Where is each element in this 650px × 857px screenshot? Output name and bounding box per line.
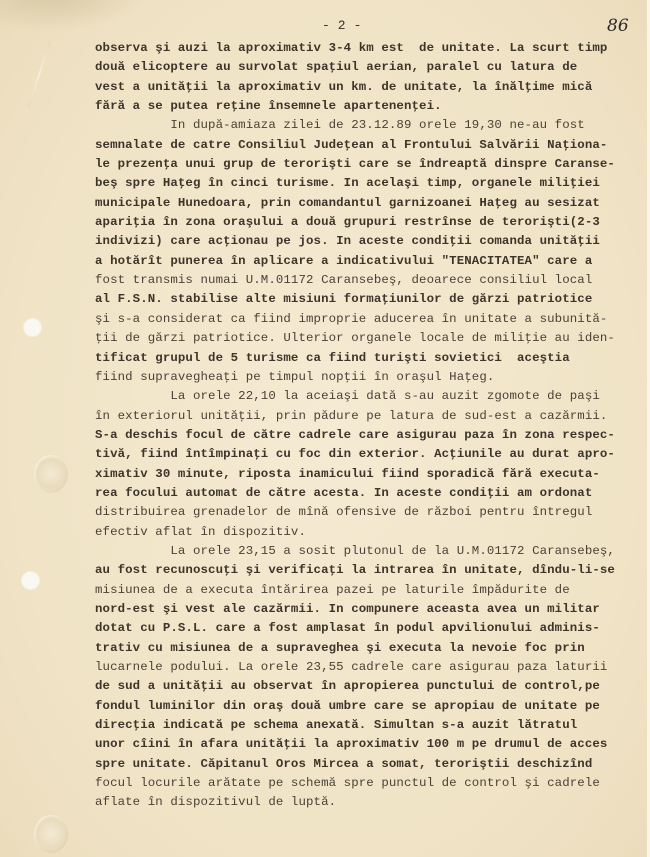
text-line: unor cîini în afara unităţii la aproxima… bbox=[95, 735, 650, 754]
text-line: două elicoptere au survolat spaţiul aeri… bbox=[95, 58, 650, 77]
text-line: lucarnele podului. La orele 23,55 cadrel… bbox=[95, 658, 650, 677]
text-line: distribuirea grenadelor de mînă ofensive… bbox=[95, 503, 650, 522]
text-line: al F.S.N. stabilise alte misiuni formaţi… bbox=[95, 290, 650, 309]
text-line: beş spre Haţeg în cinci turisme. In acel… bbox=[95, 174, 650, 193]
text-line: şi s-a considerat ca fiind improprie adu… bbox=[95, 310, 650, 329]
text-line: apariţia în zona oraşului a două grupuri… bbox=[95, 213, 650, 232]
text-line: au fost recunoscuţi şi verificaţi la int… bbox=[95, 561, 650, 580]
text-line: spre unitate. Căpitanul Oros Mircea a so… bbox=[95, 755, 650, 774]
text-line: aflate în dispozitivul de luptă. bbox=[95, 793, 650, 812]
handwritten-folio-number: 86 bbox=[607, 16, 629, 36]
text-line: a hotărît punerea în aplicare a indicati… bbox=[95, 252, 650, 271]
document-page: - 2 - 86 observa şi auzi la aproximativ … bbox=[0, 0, 650, 857]
text-line: le prezenţa unui grup de terorişti care … bbox=[95, 155, 650, 174]
paper-crease bbox=[27, 41, 51, 108]
punch-hole-bottom bbox=[21, 571, 40, 590]
typewritten-body: observa şi auzi la aproximativ 3-4 km es… bbox=[95, 39, 650, 813]
text-line: de sud a unităţii au observat în apropie… bbox=[95, 677, 650, 696]
text-line: La orele 23,15 a sosit plutonul de la U.… bbox=[95, 542, 650, 561]
text-line: în exteriorul unităţii, prin pădure pe l… bbox=[95, 407, 650, 426]
text-line: fiind supravegheaţi pe timpul nopţii în … bbox=[95, 368, 650, 387]
staple-mark-bottom bbox=[34, 815, 68, 853]
text-line: trativ cu misiunea de a supraveghea şi e… bbox=[95, 639, 650, 658]
text-line: dotat cu P.S.L. care a fost amplasat în … bbox=[95, 619, 650, 638]
punch-hole-top bbox=[23, 318, 42, 337]
text-line: tivă, fiind întîmpinaţi cu foc din exter… bbox=[95, 445, 650, 464]
text-line: fost transmis numai U.M.01172 Caransebeş… bbox=[95, 271, 650, 290]
text-line: fără a se putea reţine însemnele aparten… bbox=[95, 97, 650, 116]
text-line: observa şi auzi la aproximativ 3-4 km es… bbox=[95, 39, 650, 58]
page-number: - 2 - bbox=[322, 18, 362, 33]
text-line: municipale Hunedoara, prin comandantul g… bbox=[95, 194, 650, 213]
text-line: tificat grupul de 5 turisme ca fiind tur… bbox=[95, 349, 650, 368]
text-line: efectiv aflat în dispozitiv. bbox=[95, 523, 650, 542]
text-line: nord-est şi vest ale cazărmii. In compun… bbox=[95, 600, 650, 619]
text-line: semnalate de catre Consiliul Judeţean al… bbox=[95, 136, 650, 155]
text-line: direcţia indicată pe schema anexată. Sim… bbox=[95, 716, 650, 735]
text-line: indivizi) care acţionau pe jos. In acest… bbox=[95, 232, 650, 251]
text-line: S-a deschis focul de către cadrele care … bbox=[95, 426, 650, 445]
text-line: misiunea de a executa întărirea pazei pe… bbox=[95, 581, 650, 600]
text-line: In după-amiaza zilei de 23.12.89 orele 1… bbox=[95, 116, 650, 135]
staple-mark-middle bbox=[34, 455, 68, 493]
text-line: vest a unităţii la aproximativ un km. de… bbox=[95, 78, 650, 97]
text-line: focul locurile arătate pe schemă spre pu… bbox=[95, 774, 650, 793]
text-line: rea focului automat de către acesta. In … bbox=[95, 484, 650, 503]
text-line: ţii de gărzi patriotice. Ulterior organe… bbox=[95, 329, 650, 348]
text-line: La orele 22,10 la aceiaşi dată s-au auzi… bbox=[95, 387, 650, 406]
text-line: fondul luminilor din oraş două umbre car… bbox=[95, 697, 650, 716]
text-line: ximativ 30 minute, riposta inamicului fi… bbox=[95, 465, 650, 484]
